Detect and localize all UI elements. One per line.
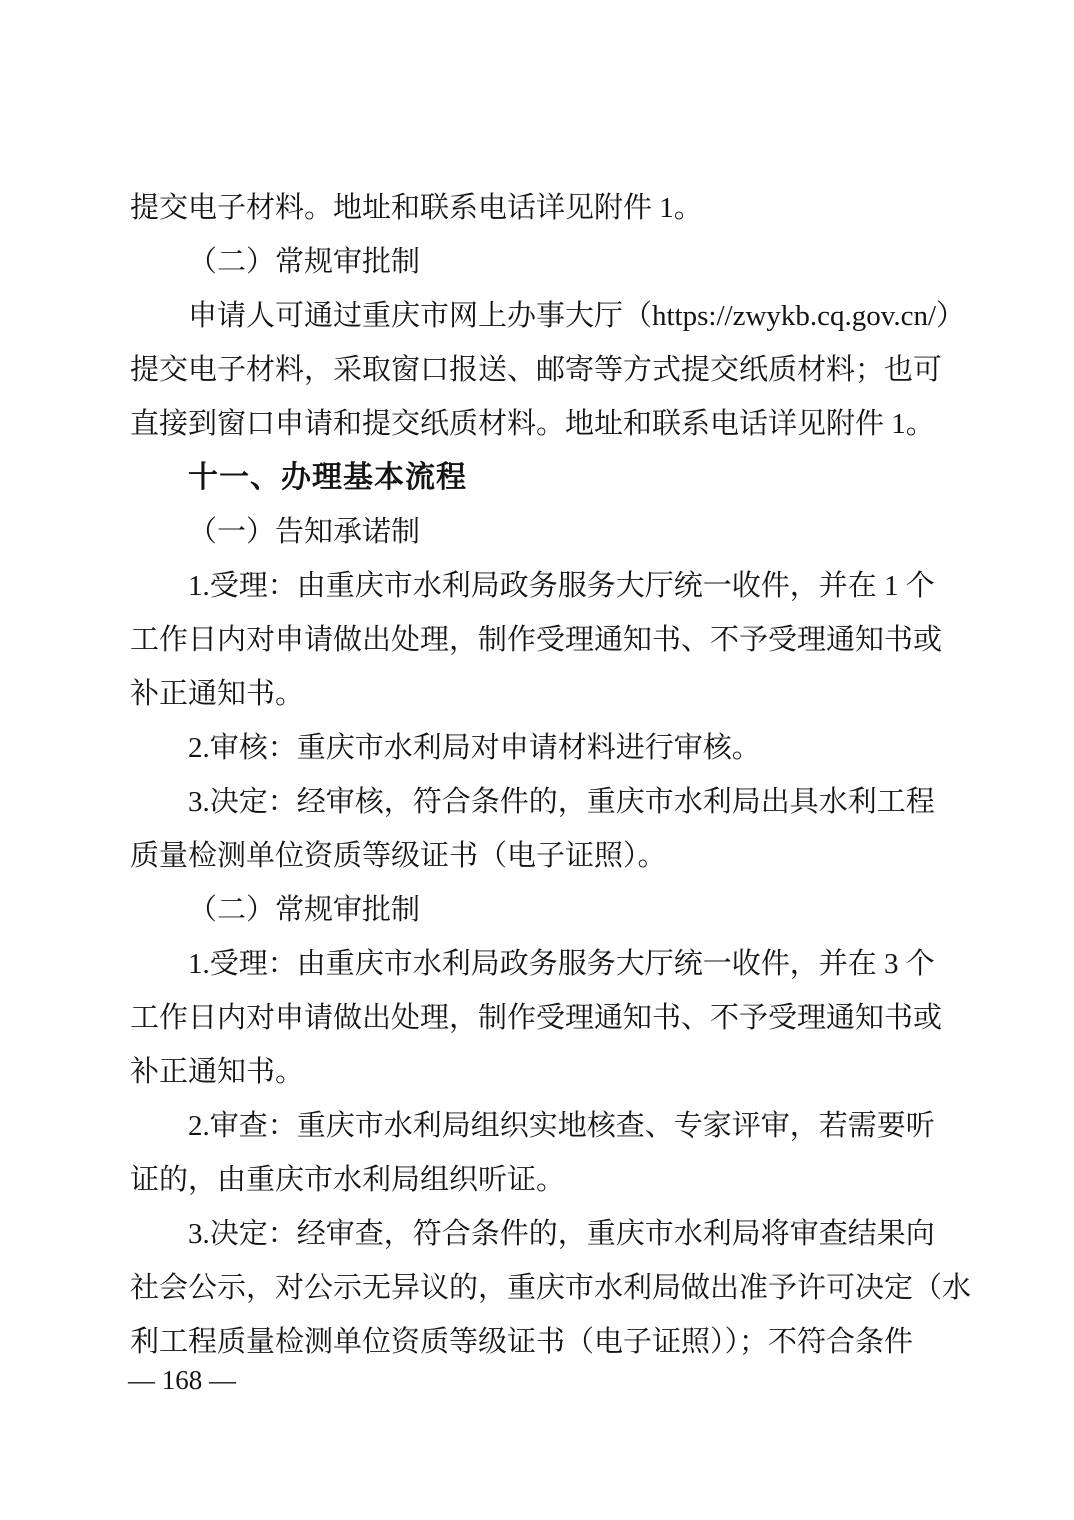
section-heading: 十一、办理基本流程: [130, 451, 948, 505]
text-line: 证的，由重庆市水利局组织听证。: [130, 1153, 948, 1207]
text-line: 1.受理：由重庆市水利局政务服务大厅统一收件，并在 3 个: [130, 937, 948, 991]
text-line: 直接到窗口申请和提交纸质材料。地址和联系电话详见附件 1。: [130, 397, 948, 451]
document-page: 提交电子材料。地址和联系电话详见附件 1。（二）常规审批制申请人可通过重庆市网上…: [0, 0, 1074, 1520]
text-line: 质量检测单位资质等级证书（电子证照）。: [130, 829, 948, 883]
text-line: （二）常规审批制: [130, 883, 948, 937]
text-line: （二）常规审批制: [130, 235, 948, 289]
page-number: — 168 —: [128, 1363, 236, 1397]
text-line: （一）告知承诺制: [130, 505, 948, 559]
text-line: 申请人可通过重庆市网上办事大厅（https://zwykb.cq.gov.cn/…: [130, 289, 948, 343]
text-line: 工作日内对申请做出处理，制作受理通知书、不予受理通知书或: [130, 991, 948, 1045]
text-line: 1.受理：由重庆市水利局政务服务大厅统一收件，并在 1 个: [130, 559, 948, 613]
text-line: 3.决定：经审查，符合条件的，重庆市水利局将审查结果向: [130, 1207, 948, 1261]
text-line: 工作日内对申请做出处理，制作受理通知书、不予受理通知书或: [130, 613, 948, 667]
text-line: 2.审查：重庆市水利局组织实地核查、专家评审，若需要听: [130, 1099, 948, 1153]
text-line: 提交电子材料。地址和联系电话详见附件 1。: [130, 181, 948, 235]
text-line: 补正通知书。: [130, 1045, 948, 1099]
text-line: 补正通知书。: [130, 667, 948, 721]
text-line: 提交电子材料，采取窗口报送、邮寄等方式提交纸质材料；也可: [130, 343, 948, 397]
text-line: 3.决定：经审核，符合条件的，重庆市水利局出具水利工程: [130, 775, 948, 829]
text-line: 利工程质量检测单位资质等级证书（电子证照））；不符合条件: [130, 1315, 948, 1369]
text-line: 2.审核：重庆市水利局对申请材料进行审核。: [130, 721, 948, 775]
text-line: 社会公示，对公示无异议的，重庆市水利局做出准予许可决定（水: [130, 1261, 948, 1315]
document-body: 提交电子材料。地址和联系电话详见附件 1。（二）常规审批制申请人可通过重庆市网上…: [130, 181, 948, 1369]
